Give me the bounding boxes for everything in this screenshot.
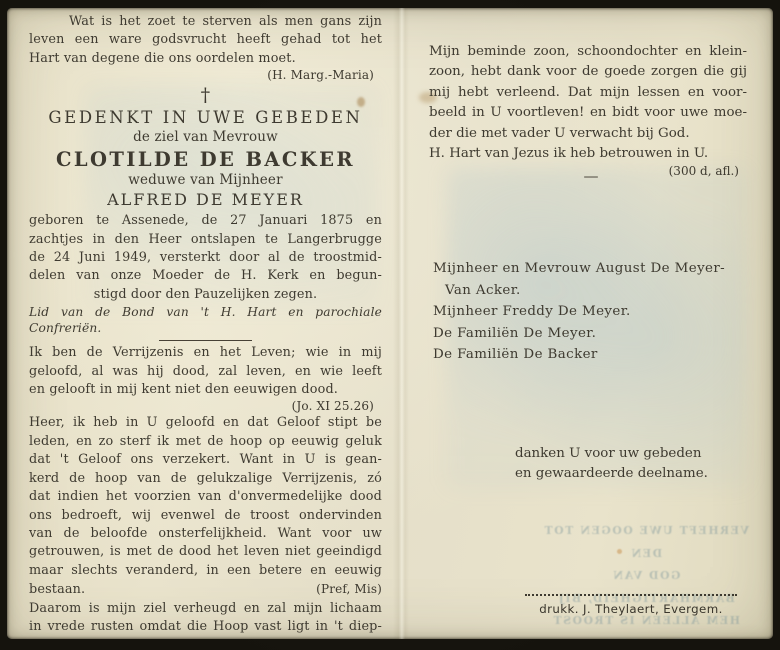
prayer-line: bestaan. — [29, 581, 85, 599]
quote-line: leven een ware godsvrucht heeft gehad to… — [29, 31, 382, 49]
scan-background: { "card": { "left_page": { "quote": { "l… — [0, 0, 780, 650]
closing-paragraph: Daarom is mijn ziel verheugd en zal mijn… — [29, 600, 382, 639]
thanks-paragraph: danken U voor uw gebeden en gewaardeerde… — [515, 444, 747, 484]
scripture-reference: (Jo. XI 25.26) — [29, 399, 382, 414]
printer-block: drukk. J. Theylaert, Evergem. — [525, 594, 737, 619]
prayer-line: kerd de hoop van de gelukzalige Verrijze… — [29, 470, 382, 488]
message-line: beeld in U voortleven! en bidt voor uwe … — [429, 103, 747, 123]
closing-line: Daarom is mijn ziel verheugd en zal mijn… — [29, 600, 382, 618]
prayer-line: dat 't Geloof ons verzekert. Want in U i… — [29, 451, 382, 469]
scripture-line: Ik ben de Verrijzenis en het Leven; wie … — [29, 344, 382, 362]
prayer-last-line: bestaan. (Pref, Mis) — [29, 580, 382, 599]
message-line: mij hebt verleend. Dat mijn lessen en vo… — [429, 83, 747, 103]
memorial-heading: GEDENKT IN UWE GEBEDEN — [29, 108, 382, 128]
biography-line: delen van onze Moeder de H. Kerk en begu… — [29, 267, 382, 285]
prayer-paragraph: Heer, ik heb in U geloofd en dat Geloof … — [29, 414, 382, 599]
biography-line: de 24 Juni 1949, versterkt door al de tr… — [29, 249, 382, 267]
prayer-line: getrouwen, is met de dood het leven niet… — [29, 543, 382, 561]
bleedthrough-line: VERHEFT UWE OOGEN TOT DEN — [541, 520, 751, 565]
biography-line: stigd door den Pauzelijken zegen. — [29, 286, 382, 304]
deceased-name: CLOTILDE DE BACKER — [29, 148, 382, 171]
message-line: Mijn beminde zoon, schoondochter en klei… — [429, 42, 747, 62]
printer-divider — [525, 594, 737, 596]
prayer-line: Heer, ik heb in U geloofd en dat Geloof … — [29, 414, 382, 432]
printer-credit: drukk. J. Theylaert, Evergem. — [525, 599, 737, 619]
biography-line: zachtjes in den Heer ontslapen te Langer… — [29, 231, 382, 249]
prayer-line: maar slechts veranderd, in een betere en… — [29, 562, 382, 580]
acknowledger-line: De Familiën De Meyer. — [433, 323, 751, 345]
scripture-paragraph: Ik ben de Verrijzenis en het Leven; wie … — [29, 344, 382, 414]
acknowledger-line: De Familiën De Backer — [433, 344, 751, 366]
acknowledgers-list: Mijnheer en Mevrouw August De Meyer- Van… — [433, 258, 751, 366]
memorial-subheading: de ziel van Mevrouw — [29, 129, 382, 146]
prayer-reference: (Pref, Mis) — [316, 580, 382, 598]
acknowledger-line: Mijnheer en Mevrouw August De Meyer- — [433, 258, 751, 280]
thanks-line: en gewaardeerde deelname. — [515, 464, 747, 484]
acknowledger-line: Van Acker. — [433, 280, 751, 302]
acknowledger-line: Mijnheer Freddy De Meyer. — [433, 301, 751, 323]
biography: geboren te Assenede, de 27 Januari 1875 … — [29, 212, 382, 304]
closing-line: in vrede rusten omdat die Hoop vast ligt… — [29, 618, 382, 636]
left-page: Wat is het zoet te sterven als men gans … — [29, 13, 382, 639]
message-line: zoon, hebt dank voor de goede zorgen die… — [429, 62, 747, 82]
separator-dash: — — [569, 166, 613, 186]
closing-line: ste van mijn Wezen. — [29, 637, 161, 639]
prayer-card: Wat is het zoet te sterven als men gans … — [7, 8, 773, 639]
scripture-line: geloofd, al was hij dood, zal leven, en … — [29, 363, 382, 381]
message-line: H. Hart van Jezus ik heb betrouwen in U. — [429, 144, 747, 164]
relation-line: weduwe van Mijnheer — [29, 172, 382, 189]
prayer-line: dat indien het voorzien van d'onvermedel… — [29, 488, 382, 506]
fold-crease — [393, 8, 409, 639]
thanks-line: danken U voor uw gebeden — [515, 444, 747, 464]
farewell-message: Mijn beminde zoon, schoondochter en klei… — [429, 42, 747, 179]
message-line: der die met vader U verwacht bij God. — [429, 124, 747, 144]
prayer-line: leden, en zo sterf ik met de hoop op eeu… — [29, 433, 382, 451]
quote-line: Wat is het zoet te sterven als men gans … — [29, 13, 382, 31]
closing-last-line: ste van mijn Wezen. (Job) — [29, 636, 382, 639]
quote-attribution: (H. Marg.-Maria) — [29, 68, 382, 83]
spouse-name: ALFRED DE MEYER — [29, 190, 382, 209]
biography-line: geboren te Assenede, de 27 Januari 1875 … — [29, 212, 382, 230]
closing-reference: (Job) — [352, 636, 382, 639]
membership-line: Lid van de Bond van 't H. Hart en paroch… — [29, 305, 382, 336]
prayer-line: van de beloofde onsterfelijkheid. Want v… — [29, 525, 382, 543]
cross-icon: † — [29, 85, 382, 106]
right-page: Mijn beminde zoon, schoondochter en klei… — [429, 8, 753, 639]
scripture-line: en gelooft in mij kent niet den eeuwigen… — [29, 381, 382, 399]
bleedthrough-text: VERHEFT UWE OOGEN TOT DEN GOD VAN BARMHA… — [541, 520, 751, 639]
quote-line: Hart van degene die ons oordelen moet. — [29, 50, 382, 68]
prayer-line: ons bedroeft, wij evenwel de troost onde… — [29, 507, 382, 525]
section-divider — [159, 340, 252, 341]
